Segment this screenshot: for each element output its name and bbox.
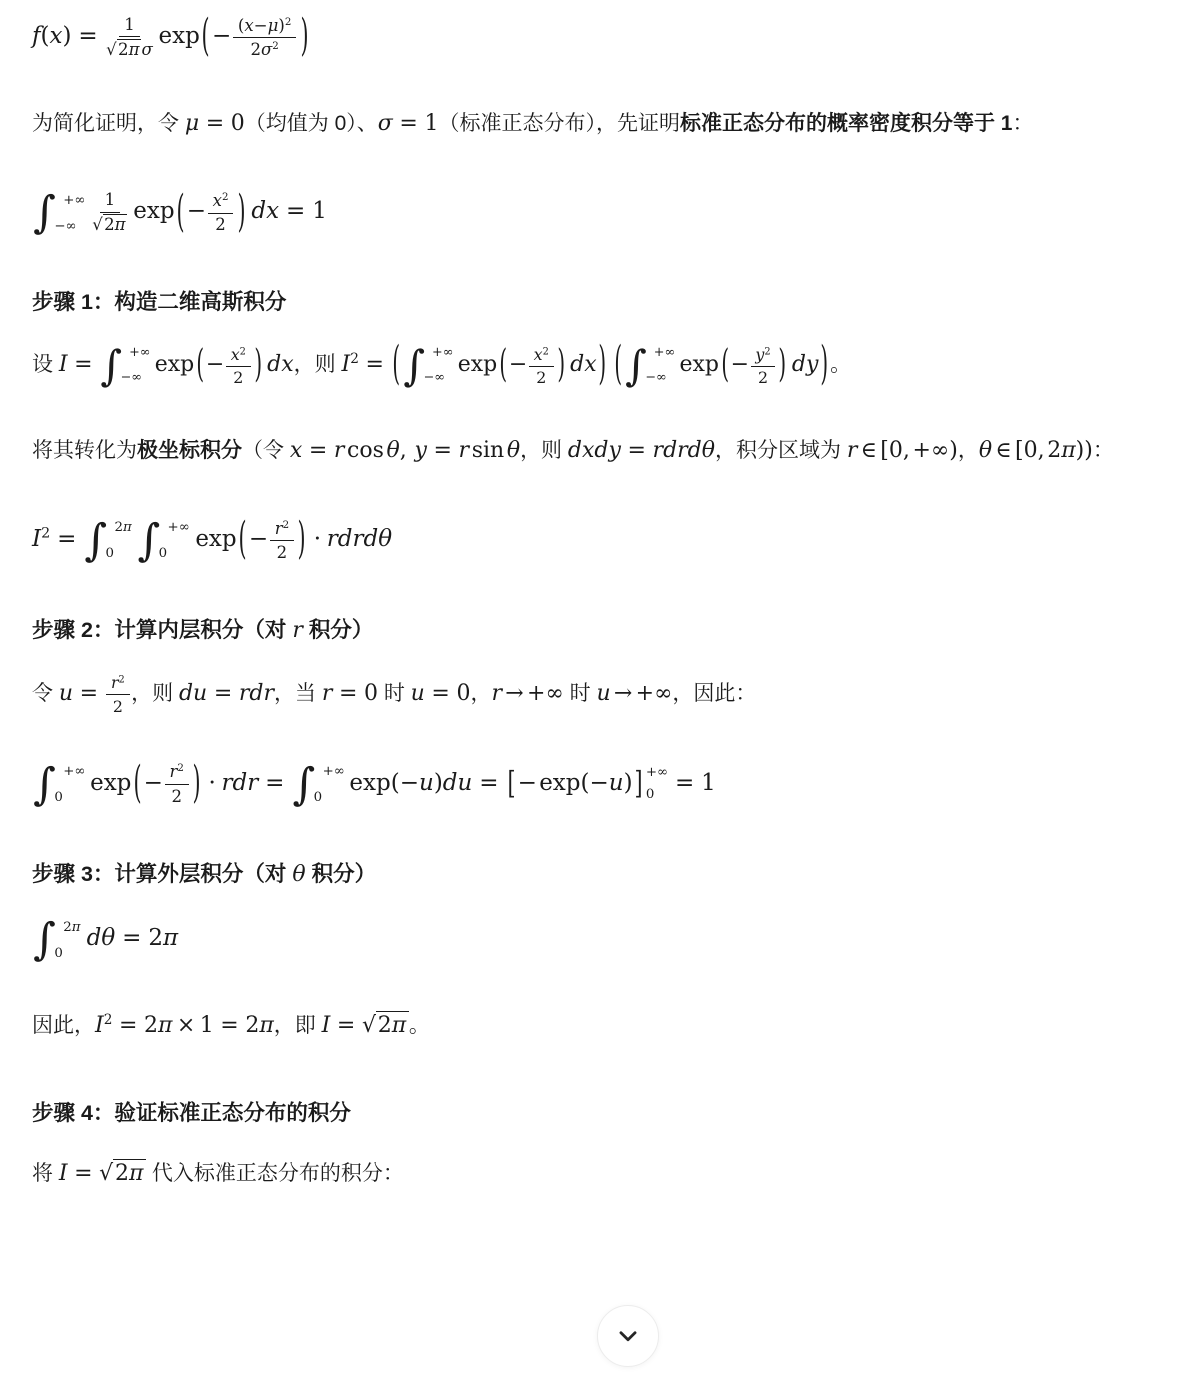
math-token: +∞ xyxy=(432,345,453,360)
math-token: 0 xyxy=(54,790,62,805)
square-root: √2π xyxy=(362,1006,409,1046)
math-var: I xyxy=(342,352,351,377)
math-var: u xyxy=(411,681,425,706)
radicand: 2π xyxy=(103,214,128,236)
math-token: exp xyxy=(133,198,174,224)
integral-sign: ∫ xyxy=(33,762,56,808)
math-var: dx xyxy=(251,198,279,224)
math-token: ( xyxy=(41,23,50,49)
math-token: 0 xyxy=(646,787,654,802)
math-token: 2 xyxy=(41,526,50,542)
inline-math: dxdy=rdrdθ xyxy=(568,438,715,463)
step4-heading: 步骤 4：验证标准正态分布的积分 xyxy=(32,1098,1156,1128)
math-var: u xyxy=(596,681,610,706)
numerator: 1 xyxy=(100,190,120,213)
inline-math: σ=1 xyxy=(378,111,439,136)
open-paren: ( xyxy=(196,347,204,386)
math-var: rdrdθ xyxy=(653,438,715,463)
integral-sign: ∫ xyxy=(625,344,647,388)
fraction: y22 xyxy=(751,345,776,387)
text-segment: ，则 xyxy=(294,353,342,376)
math-var: σ xyxy=(261,40,272,59)
paragraph-polar: 将其转化为极坐标积分（令 x=rcosθ,y=rsinθ，则 dxdy=rdrd… xyxy=(32,431,1156,471)
math-token: −∞ xyxy=(645,370,666,385)
math-token: −∞ xyxy=(424,370,445,385)
integral-limits: +∞0 xyxy=(315,762,345,808)
text-segment: （均值为 0）、 xyxy=(245,112,378,135)
math-relation: = xyxy=(427,438,459,463)
text-segment: 代入标准正态分布的积分： xyxy=(146,1162,404,1185)
math-var: x xyxy=(50,23,63,49)
math-token: 2 xyxy=(764,346,770,357)
math-var: r xyxy=(491,681,502,706)
integral: ∫2π0 xyxy=(33,917,80,963)
inline-math: I2=(∫+∞−∞exp(−x22)dx)(∫+∞−∞exp(−y22)dy) xyxy=(342,352,831,377)
math-relation: = xyxy=(199,111,231,136)
numerator: r2 xyxy=(165,762,189,785)
math-token: 2 xyxy=(240,346,246,357)
math-token: 1 xyxy=(312,198,327,224)
text-segment: 因此， xyxy=(32,1014,95,1037)
denominator: 2 xyxy=(171,785,182,807)
math-var: I xyxy=(32,526,41,552)
math-token: → xyxy=(614,681,632,706)
math-var: π xyxy=(115,215,126,234)
math-var: dy xyxy=(792,352,819,377)
text-segment: 设 xyxy=(32,353,59,376)
math-token: +∞ xyxy=(636,681,673,706)
math-relation: = xyxy=(207,681,239,706)
text-segment: ，积分区域为 xyxy=(715,439,847,462)
formula-I-squared-polar: I2=∫2π0∫+∞0exp(−r22)·rdrdθ xyxy=(32,517,1156,563)
integral-limits: 2π0 xyxy=(56,917,81,963)
radicand: 2π xyxy=(376,1011,409,1040)
math-var: σ xyxy=(141,40,152,59)
math-token: − xyxy=(187,198,206,224)
lower-limit: −∞ xyxy=(424,372,454,385)
math-token: exp xyxy=(679,352,719,377)
upper-limit: 2π xyxy=(63,921,80,934)
text-segment: 积分） xyxy=(306,862,376,886)
denominator: 2 xyxy=(215,214,226,236)
integral-limits: +∞0 xyxy=(160,518,190,564)
superscript: 2 xyxy=(350,351,359,367)
math-token: 2 xyxy=(285,16,292,28)
radicand: 2π xyxy=(117,39,142,61)
close-paren: ) xyxy=(237,191,245,235)
math-token: − xyxy=(400,770,419,796)
math-var: θ xyxy=(387,438,400,463)
math-token: − xyxy=(212,23,231,49)
numerator: x2 xyxy=(226,345,251,367)
math-token: exp xyxy=(159,23,200,49)
math-token: 0 xyxy=(456,681,470,706)
bold-text-segment: 标准正态分布的概率密度积分等于 1 xyxy=(680,112,1013,135)
inline-math: I=∫+∞−∞exp(−x22)dx xyxy=(59,352,294,377)
numerator: y2 xyxy=(751,345,776,367)
integral-sign: ∫ xyxy=(33,917,56,963)
math-token: − xyxy=(144,770,163,796)
math-var: σ xyxy=(378,111,393,136)
math-token: 0 xyxy=(54,946,62,961)
paragraph-substitute-back: 将 I=√2π 代入标准正态分布的积分： xyxy=(32,1154,1156,1194)
inline-math: θ∈[0,2π)) xyxy=(979,438,1093,463)
inline-math: I=√2π xyxy=(322,1013,409,1038)
document-content: f(x)=1√2πσexp(−(x−μ)22σ2)为简化证明，令 μ=0（均值为… xyxy=(0,0,1188,1194)
step2-heading: 步骤 2：计算内层积分（对 r 积分） xyxy=(32,615,1156,647)
inline-math: I=√2π xyxy=(59,1161,146,1186)
integral: ∫+∞−∞ xyxy=(625,344,675,388)
math-token: 0 xyxy=(364,681,378,706)
math-var: r xyxy=(847,438,858,463)
math-token: 2 xyxy=(350,351,359,367)
math-token: 0 xyxy=(889,438,903,463)
math-token: +∞ xyxy=(654,345,675,360)
lower-limit: −∞ xyxy=(121,372,151,385)
math-token: −∞ xyxy=(121,370,142,385)
math-var: x xyxy=(244,16,253,35)
fraction: 1√2π xyxy=(92,190,127,236)
superscript: 2 xyxy=(177,763,184,775)
integral: ∫2π0 xyxy=(84,518,131,564)
math-token: 2 xyxy=(148,925,163,951)
math-token: − xyxy=(518,770,537,796)
math-token: exp xyxy=(195,526,236,552)
math-relation: = xyxy=(68,1161,100,1186)
math-token: 2 xyxy=(171,787,182,806)
open-paren: ( xyxy=(239,519,247,563)
lower-limit: 0 xyxy=(159,547,190,560)
math-token: 0 xyxy=(1024,438,1038,463)
inline-math: x=rcosθ,y=rsinθ xyxy=(290,438,520,463)
math-var: du xyxy=(443,770,473,796)
integral: ∫+∞−∞ xyxy=(33,190,85,236)
text-segment: 积分） xyxy=(303,618,373,642)
math-var: du xyxy=(179,681,207,706)
integral-sign: ∫ xyxy=(403,344,425,388)
math-token: +∞ xyxy=(527,681,564,706)
denominator: 2 xyxy=(277,541,288,563)
math-token: 0 xyxy=(106,546,114,561)
math-relation: = xyxy=(112,1013,144,1038)
fraction: x22 xyxy=(529,345,554,387)
math-token: [ xyxy=(1015,438,1024,463)
integral-sign: ∫ xyxy=(137,518,160,564)
inline-math: r→+∞ xyxy=(491,681,563,706)
inline-math: du=rdr xyxy=(179,681,274,706)
math-token: exp xyxy=(90,770,131,796)
lower-limit: 0 xyxy=(54,947,80,960)
paragraph-simplify: 为简化证明，令 μ=0（均值为 0）、σ=1（标准正态分布），先证明标准正态分布… xyxy=(32,104,1156,144)
close-paren: ) xyxy=(779,347,787,386)
math-token: sin xyxy=(472,438,505,463)
math-token: , xyxy=(400,438,407,463)
numerator: x2 xyxy=(208,191,234,214)
math-space xyxy=(608,370,612,371)
square-root: √2π xyxy=(106,39,141,61)
text-segment: ： xyxy=(1012,112,1033,135)
text-segment: 将其转化为 xyxy=(32,439,137,462)
numerator: 1 xyxy=(119,15,139,38)
integral: ∫+∞−∞ xyxy=(100,344,150,388)
close-paren: ) xyxy=(254,347,262,386)
math-var: π xyxy=(158,1013,172,1038)
lower-limit: −∞ xyxy=(54,220,85,233)
math-var: r xyxy=(275,519,283,538)
superscript: 2 xyxy=(285,16,292,28)
inline-math: θ xyxy=(292,862,305,887)
math-var: μ xyxy=(268,16,279,35)
math-token: − xyxy=(731,352,749,377)
math-var: θ xyxy=(979,438,992,463)
math-token: 2 xyxy=(233,368,243,387)
math-var: rdr xyxy=(239,681,274,706)
math-token: 2 xyxy=(250,40,261,59)
inline-math: u→+∞ xyxy=(596,681,672,706)
text-segment: （令 xyxy=(242,439,290,462)
math-token: − xyxy=(254,16,268,35)
text-segment: ，则 xyxy=(520,439,568,462)
inline-math: u=r22 xyxy=(59,681,131,706)
math-token: 2 xyxy=(277,543,288,562)
numerator: (x−μ)2 xyxy=(233,16,296,39)
math-token: 2 xyxy=(119,675,125,686)
math-var: dx xyxy=(267,352,294,377)
math-token: · xyxy=(208,770,215,796)
math-token: +∞ xyxy=(168,520,190,535)
upper-limit: +∞ xyxy=(654,347,675,360)
math-token: 0 xyxy=(159,546,167,561)
math-token: +∞ xyxy=(912,438,949,463)
math-token: +∞ xyxy=(129,345,150,360)
math-var: r xyxy=(334,438,345,463)
text-segment: 令 xyxy=(32,682,59,705)
step1-heading: 步骤 1：构造二维高斯积分 xyxy=(32,287,1156,317)
denominator: 2 xyxy=(758,367,768,388)
text-segment: ，当 xyxy=(274,682,322,705)
math-token: 0 xyxy=(314,790,322,805)
fraction: r22 xyxy=(270,519,294,563)
math-var: π xyxy=(72,920,81,935)
math-token: 2 xyxy=(104,215,115,234)
inline-math: r xyxy=(292,618,303,643)
open-paren: ( xyxy=(392,343,400,389)
upper-limit: +∞ xyxy=(323,765,345,778)
radicand: 2π xyxy=(113,1159,146,1188)
close-paren: ) xyxy=(820,343,828,389)
bold-text-segment: 极坐标积分 xyxy=(137,439,242,462)
math-relation: = xyxy=(115,925,148,951)
superscript: 2 xyxy=(272,40,279,52)
math-var: dθ xyxy=(87,925,116,951)
math-token: −∞ xyxy=(54,219,76,234)
math-token: , xyxy=(1038,438,1045,463)
close-paren: ) xyxy=(300,16,308,60)
math-var: π xyxy=(163,925,178,951)
math-var: rdr xyxy=(222,770,259,796)
formula-outer-integral: ∫2π0dθ=2π xyxy=(32,916,1156,962)
scroll-down-button[interactable] xyxy=(597,1305,659,1367)
math-token: 2 xyxy=(63,920,71,935)
math-var: I xyxy=(59,352,68,377)
math-token: − xyxy=(509,352,527,377)
math-token: 2 xyxy=(543,346,549,357)
math-var: u xyxy=(609,770,624,796)
numerator: r2 xyxy=(106,673,129,695)
integral: ∫+∞0 xyxy=(137,518,189,564)
math-token: − xyxy=(206,352,224,377)
math-token: ) xyxy=(624,770,633,796)
math-relation: = xyxy=(425,681,457,706)
math-token: · xyxy=(314,526,321,552)
math-relation: = xyxy=(68,352,100,377)
math-token: × xyxy=(177,1013,195,1038)
open-paren: ( xyxy=(202,16,210,60)
math-token: 2 xyxy=(536,368,546,387)
math-token: exp xyxy=(458,352,498,377)
math-var: r xyxy=(322,681,333,706)
text-segment: 步骤 1：构造二维高斯积分 xyxy=(32,290,286,314)
integral-sign: ∫ xyxy=(292,762,315,808)
text-segment: ： xyxy=(1093,439,1114,462)
fraction: x22 xyxy=(208,191,234,235)
math-space xyxy=(88,217,90,218)
math-token: +∞ xyxy=(646,765,668,780)
open-paren: ( xyxy=(614,343,622,389)
upper-limit: +∞ xyxy=(168,521,190,534)
numerator: r2 xyxy=(270,519,294,542)
math-relation: = xyxy=(332,681,364,706)
integral-sign: ∫ xyxy=(100,344,122,388)
math-var: π xyxy=(392,1013,406,1038)
integral-limits: +∞0 xyxy=(56,762,86,808)
math-token: 2 xyxy=(758,368,768,387)
math-relation: = xyxy=(668,770,701,796)
open-paren: ( xyxy=(499,347,507,386)
math-var: π xyxy=(129,40,140,59)
text-segment: 。 xyxy=(409,1014,430,1037)
text-segment: 时 xyxy=(378,682,411,705)
stack-sub: 0 xyxy=(646,788,668,801)
radical-sign: √ xyxy=(106,40,117,59)
math-var: θ xyxy=(507,438,520,463)
math-relation: = xyxy=(73,681,105,706)
math-token: +∞ xyxy=(63,764,85,779)
math-token: [ xyxy=(880,438,889,463)
upper-limit: +∞ xyxy=(63,765,85,778)
math-var: rdrdθ xyxy=(327,526,392,552)
fraction: x22 xyxy=(226,345,251,387)
close-paren: ) xyxy=(557,347,565,386)
inline-math: μ=0 xyxy=(185,111,245,136)
lower-limit: 0 xyxy=(54,791,85,804)
math-var: r xyxy=(459,438,470,463)
open-paren: ( xyxy=(133,762,141,806)
chevron-down-icon xyxy=(615,1323,641,1349)
square-root: √2π xyxy=(92,214,127,236)
superscript: 2 xyxy=(283,519,290,531)
upper-limit: 2π xyxy=(114,521,131,534)
math-token: ∈ xyxy=(861,438,877,463)
math-token: 1 xyxy=(124,15,135,34)
denominator: 2σ2 xyxy=(250,38,278,60)
math-token: ) xyxy=(949,438,958,463)
math-relation: = xyxy=(50,526,83,552)
math-token: +∞ xyxy=(323,764,345,779)
math-token: cos xyxy=(347,438,384,463)
text-segment: 将 xyxy=(32,1162,59,1185)
numerator: x2 xyxy=(529,345,554,367)
open-bracket: [ xyxy=(507,769,515,800)
integral: ∫+∞−∞ xyxy=(403,344,453,388)
text-segment: 时 xyxy=(564,682,597,705)
integral-limits: +∞−∞ xyxy=(425,344,453,388)
math-token: +∞ xyxy=(63,193,85,208)
inline-math: I2=2π×1=2π xyxy=(95,1013,274,1038)
math-token: 2 xyxy=(118,40,129,59)
math-var: u xyxy=(419,770,434,796)
lower-limit: 0 xyxy=(314,791,345,804)
integral-sign: ∫ xyxy=(33,190,56,236)
math-token: 2 xyxy=(245,1013,259,1038)
denominator: 2 xyxy=(536,367,546,388)
open-paren: ( xyxy=(177,191,185,235)
fraction: (x−μ)22σ2 xyxy=(233,16,296,60)
stack-sup: +∞ xyxy=(646,766,668,779)
integral: ∫+∞0 xyxy=(33,762,85,808)
math-token: 1 xyxy=(701,770,716,796)
formula-inner-integral: ∫+∞0exp(−r22)·rdr=∫+∞0exp(−u)du=[−exp(−u… xyxy=(32,761,1156,807)
integral: ∫+∞0 xyxy=(292,762,344,808)
open-paren: ( xyxy=(721,347,729,386)
superscript: 2 xyxy=(543,346,549,357)
math-token: )) xyxy=(1076,438,1093,463)
math-token: → xyxy=(505,681,523,706)
step3-heading: 步骤 3：计算外层积分（对 θ 积分） xyxy=(32,859,1156,891)
math-space xyxy=(134,545,136,546)
math-var: π xyxy=(259,1013,273,1038)
math-token: 2 xyxy=(144,1013,158,1038)
math-relation: = xyxy=(71,23,104,49)
math-var: I xyxy=(59,1161,68,1186)
lower-limit: 0 xyxy=(106,547,132,560)
denominator: 2 xyxy=(233,367,243,388)
text-segment: ，因此： xyxy=(672,682,756,705)
fraction: r22 xyxy=(165,762,189,806)
math-var: x xyxy=(534,345,543,364)
math-relation: = xyxy=(279,198,312,224)
paragraph-substitution: 令 u=r22，则 du=rdr，当 r=0 时 u=0，r→+∞ 时 u→+∞… xyxy=(32,673,1156,715)
math-token: , xyxy=(903,438,910,463)
text-segment: 步骤 4：验证标准正态分布的积分 xyxy=(32,1101,351,1125)
math-token: 2 xyxy=(177,763,184,775)
superscript: 2 xyxy=(222,191,229,203)
math-token: 2 xyxy=(114,520,122,535)
math-var: u xyxy=(59,681,73,706)
radical-sign: √ xyxy=(362,1013,376,1038)
sup-sub-stack: +∞0 xyxy=(646,766,668,802)
inline-math: r∈[0,+∞) xyxy=(847,438,958,463)
inline-math: r=0 xyxy=(322,681,378,706)
math-var: x xyxy=(231,345,240,364)
upper-limit: +∞ xyxy=(129,347,150,360)
math-token: 2 xyxy=(222,191,229,203)
math-var: dx xyxy=(570,352,597,377)
text-segment: ， xyxy=(958,439,979,462)
math-token: exp( xyxy=(349,770,399,796)
math-var: μ xyxy=(185,111,199,136)
superscript: 2 xyxy=(119,675,125,686)
